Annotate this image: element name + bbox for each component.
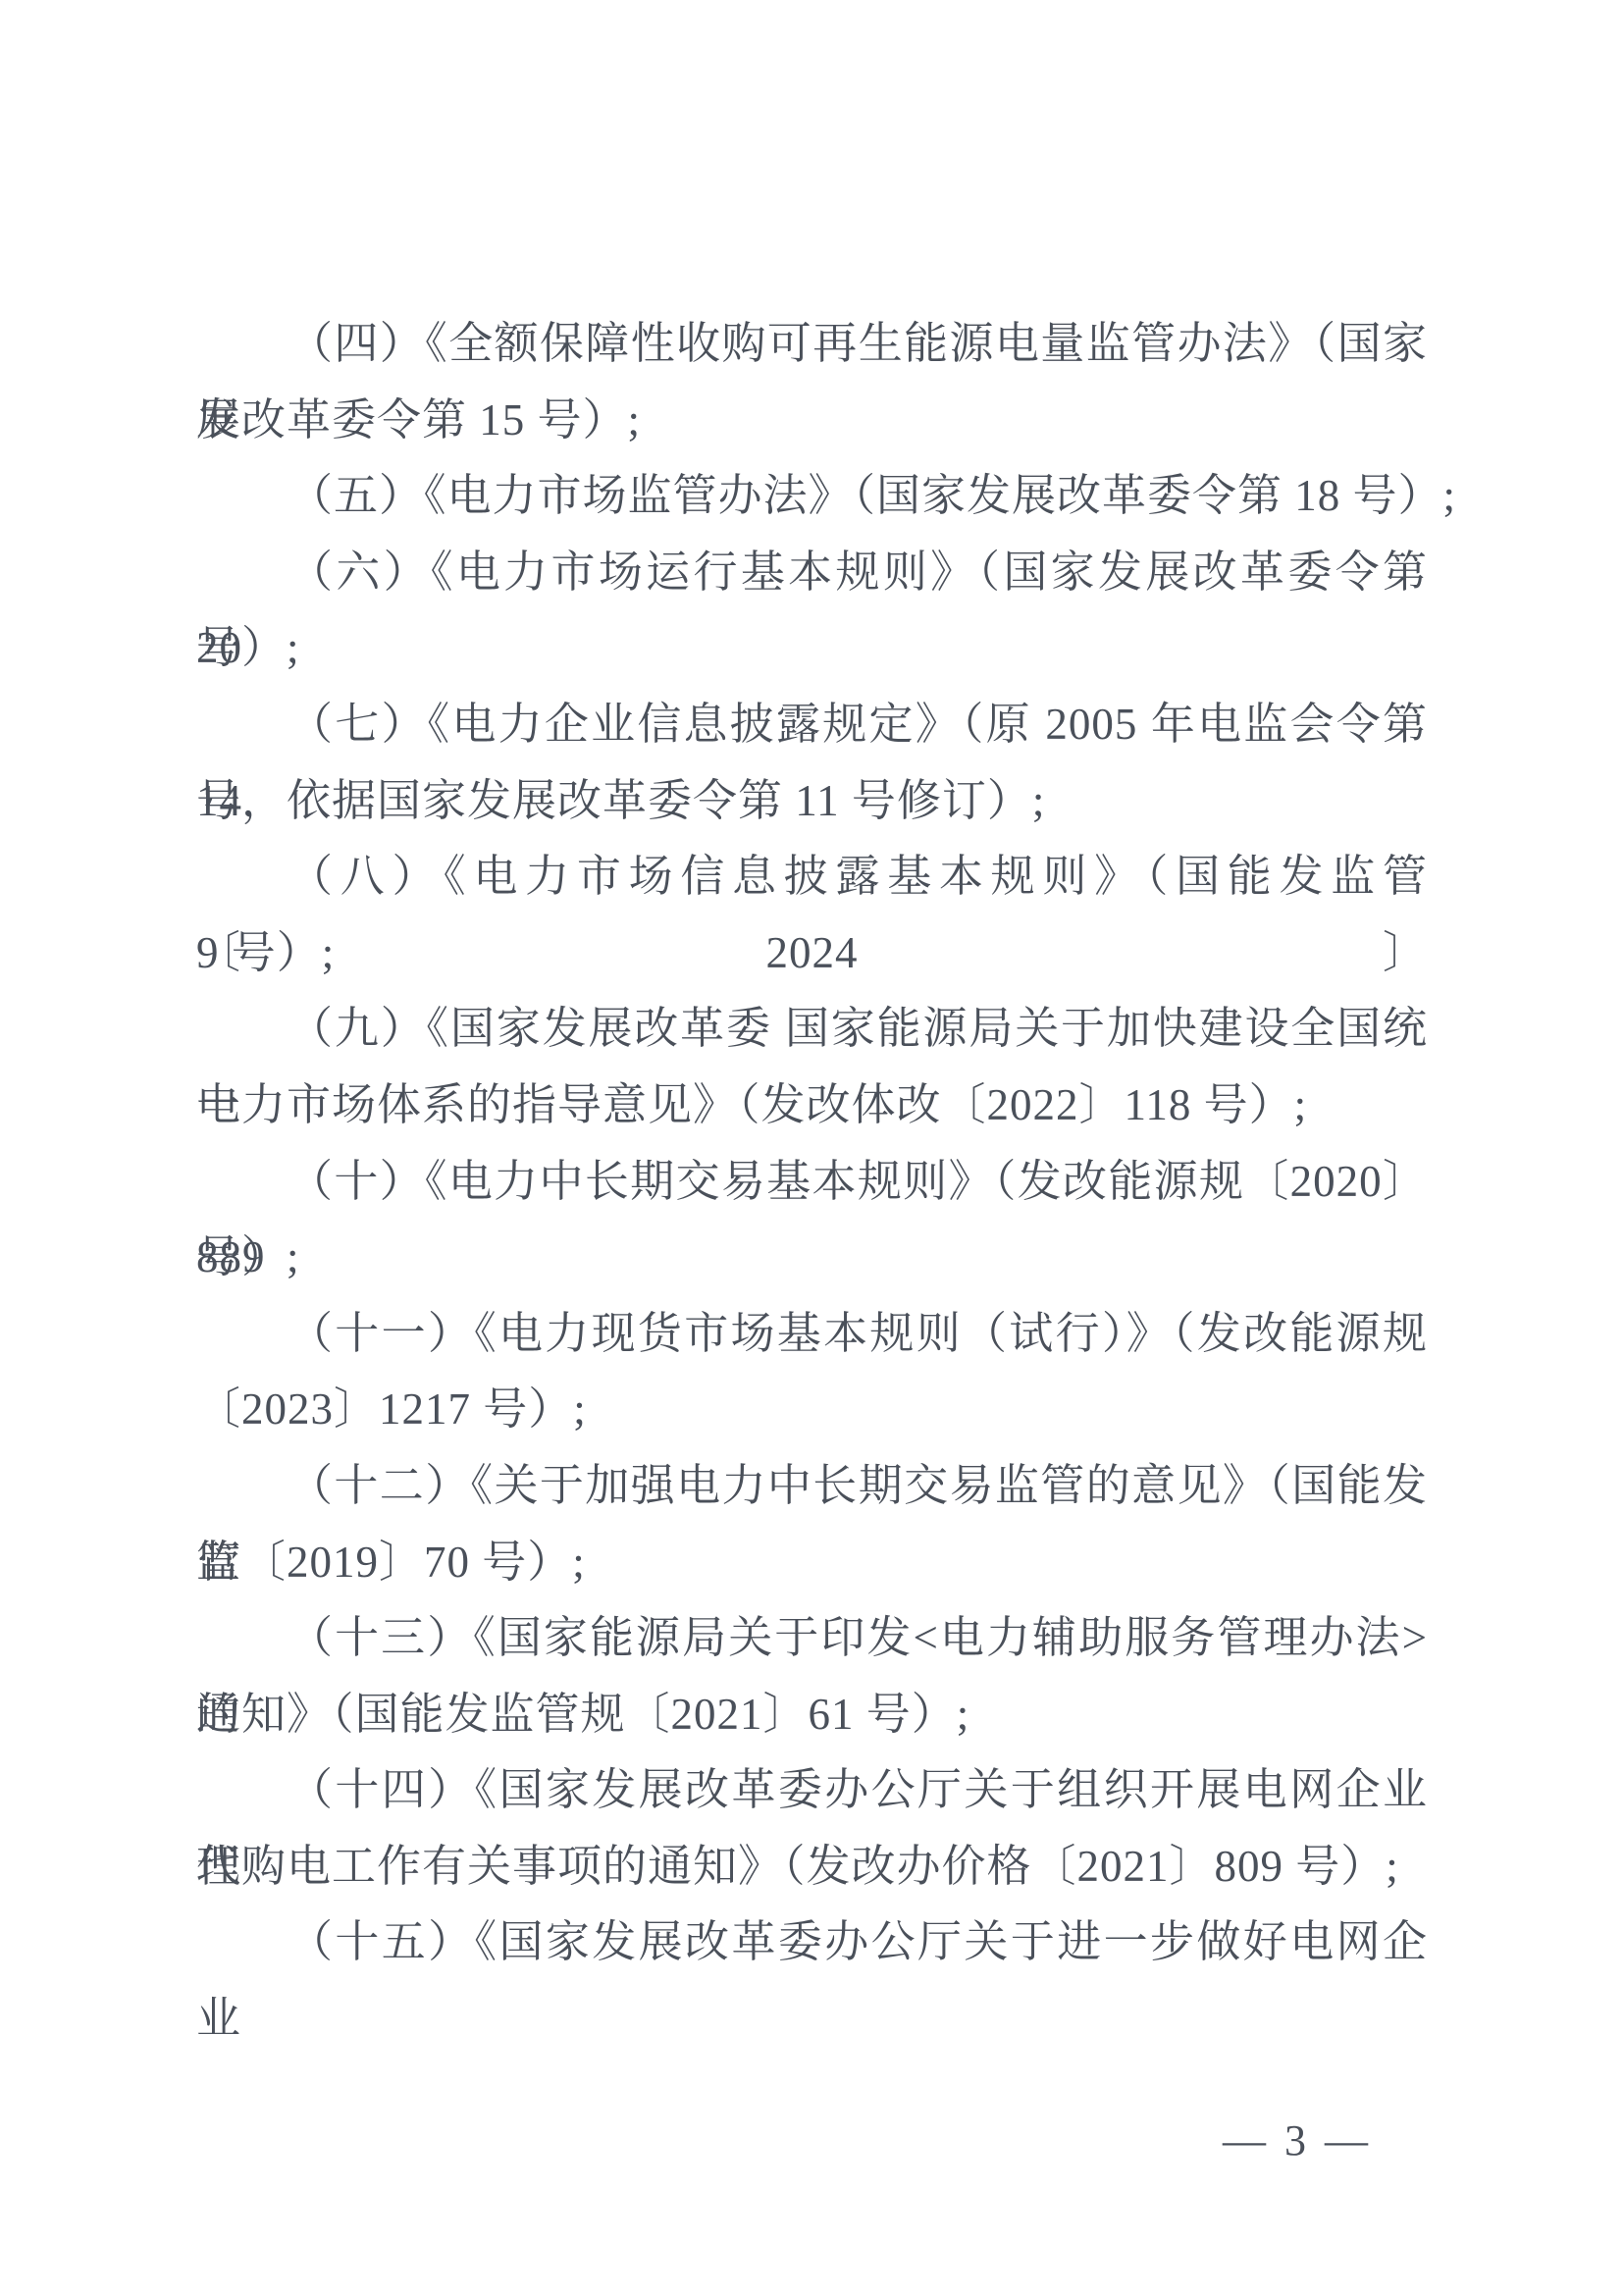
- text-line: （八）《电力市场信息披露基本规则》（国能发监管〔2024〕: [196, 839, 1428, 915]
- text-line: （十）《电力中长期交易基本规则》（发改能源规〔2020〕889: [196, 1144, 1428, 1221]
- text-line: （十五）《国家发展改革委办公厅关于进一步做好电网企业: [196, 1905, 1428, 1981]
- text-line: （十三）《国家能源局关于印发<电力辅助服务管理办法>的: [196, 1600, 1428, 1677]
- text-line: 〔2023〕1217 号）;: [196, 1372, 1428, 1448]
- text-line: （九）《国家发展改革委 国家能源局关于加快建设全国统一: [196, 991, 1428, 1068]
- text-line: 号）;: [196, 1220, 1428, 1296]
- text-line: （五）《电力市场监管办法》（国家发展改革委令第 18 号）;: [196, 458, 1428, 535]
- text-line: （七）《电力企业信息披露规定》（原 2005 年电监会令第 14: [196, 687, 1428, 763]
- page-number: — 3 —: [1223, 2115, 1372, 2166]
- text-line: （十四）《国家发展改革委办公厅关于组织开展电网企业代: [196, 1752, 1428, 1829]
- text-line: 电力市场体系的指导意见》（发改体改〔2022〕118 号）;: [196, 1068, 1428, 1144]
- text-line: （四）《全额保障性收购可再生能源电量监管办法》（国家发: [196, 306, 1428, 383]
- text-line: 展改革委令第 15 号）;: [196, 383, 1428, 459]
- text-line: 通知》（国能发监管规〔2021〕61 号）;: [196, 1677, 1428, 1753]
- text-line: 管〔2019〕70 号）;: [196, 1525, 1428, 1601]
- text-line: 号，依据国家发展改革委令第 11 号修订）;: [196, 763, 1428, 840]
- text-line: 号）;: [196, 610, 1428, 687]
- text-line: 理购电工作有关事项的通知》（发改办价格〔2021〕809 号）;: [196, 1829, 1428, 1905]
- body-text: （四）《全额保障性收购可再生能源电量监管办法》（国家发展改革委令第 15 号）;…: [196, 306, 1428, 1981]
- text-line: （六）《电力市场运行基本规则》（国家发展改革委令第 20: [196, 535, 1428, 611]
- text-line: （十一）《电力现货市场基本规则（试行）》（发改能源规: [196, 1296, 1428, 1373]
- document-page: （四）《全额保障性收购可再生能源电量监管办法》（国家发展改革委令第 15 号）;…: [0, 0, 1623, 2296]
- text-line: （十二）《关于加强电力中长期交易监管的意见》（国能发监: [196, 1448, 1428, 1525]
